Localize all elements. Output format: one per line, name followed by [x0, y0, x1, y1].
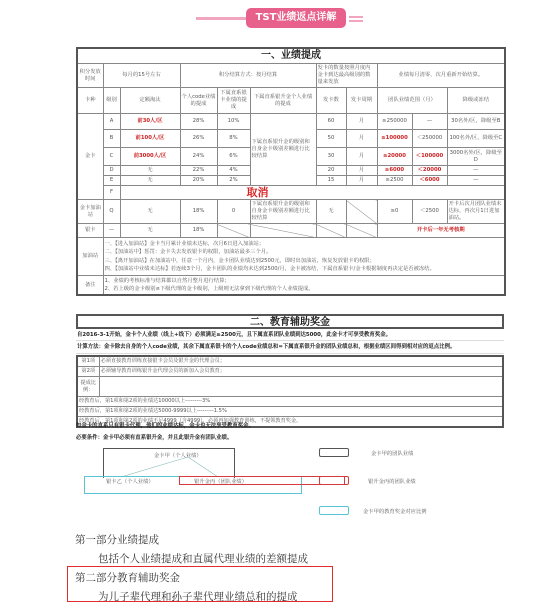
col-header: 定额淘汰	[120, 88, 180, 114]
demote: 30名外/区，降级至B	[447, 114, 505, 130]
range-low: ≥250000	[377, 114, 412, 130]
silver-rate: 10%	[217, 114, 250, 130]
table-row: 经教育后，第1项和第2项的业绩达5000-9999以上---------1.5%	[77, 407, 503, 417]
empty-cell	[99, 377, 503, 397]
quota: 无	[120, 200, 180, 224]
banner-decoration-right	[349, 16, 363, 18]
remarks-row: 备注 1、业绩的考核标准与结算都以自然月整月进行结算； 2、若上级的金卡级别≤下…	[77, 276, 505, 296]
legend-swatch-gold-team	[319, 448, 349, 457]
legend-silver-gold-team: 银升金丙的团队业绩	[368, 477, 416, 485]
note-requirement: 必要条件：金卡甲必须有直系银升金，并且此银升金有团队业绩。	[76, 433, 232, 441]
personal-rate: 26%	[180, 130, 217, 148]
card-cycle: 月	[346, 176, 377, 186]
personal-rate: 20%	[180, 176, 217, 186]
col-header: 个人code业绩的提成	[180, 88, 217, 114]
section1-title: 一、业绩提成	[77, 48, 505, 64]
personal-rate: 24%	[180, 148, 217, 166]
col-header: 降级或冻结	[447, 88, 505, 114]
banner: TST业绩返点详解	[0, 7, 533, 29]
table-row: 第2项 必须辅导教育训练银升金代理会员的新加入会员教育；	[77, 367, 503, 377]
level: F	[103, 186, 120, 200]
section-performance-commission: 一、业绩提成 积分发放时间 每月的15号左右 积分结算方式：按月结算 发卡的数量…	[76, 47, 504, 296]
range-low: ≥0	[377, 200, 412, 224]
range-low: ≥2500	[377, 176, 412, 186]
level: D	[103, 166, 120, 176]
col-header: 下属直系银卡业绩的提成	[217, 88, 250, 114]
header-row: 卡种 级别 定额淘汰 个人code业绩的提成 下属直系银卡业绩的提成 下属直系银…	[77, 88, 505, 114]
table-row: 经教育后，第1项和第2项的业绩达10000以上---------3%	[77, 397, 503, 407]
rule-item: 三、【离开加油站】在加油站中，任意一个月内，金卡团队业绩达到2500元，即时出加…	[105, 257, 504, 266]
calc-method-line: 计算方法：金卡除去自身的个人code业绩，其余下属直系银卡的个人code业绩总和…	[76, 341, 504, 354]
rule-item: 二、【加油站中】惩罚：金卡失去发放银卡的权限，加油站最多三个月。	[105, 248, 504, 257]
empty-cell	[316, 224, 346, 238]
demote: —	[447, 166, 505, 176]
range-low: ≥20000	[377, 148, 412, 166]
card-count: 50	[316, 130, 346, 148]
silver-rate: 2%	[217, 176, 250, 186]
condition-label: 第1项	[77, 356, 99, 367]
table-row: 金卡加油站 Q 无 18% 0 下属直系银升金的级别和自身金卡级别差额进行比较结…	[77, 200, 505, 224]
commission-table: 一、业绩提成 积分发放时间 每月的15号左右 积分结算方式：按月结算 发卡的数量…	[76, 47, 506, 296]
col-header: 级别	[103, 88, 120, 114]
range-high: ＜100000	[412, 148, 447, 166]
table-row: F 取消	[77, 186, 505, 200]
personal-rate: 22%	[180, 166, 217, 176]
settle-method: 积分结算方式：按月结算	[180, 64, 316, 88]
level: E	[103, 176, 120, 186]
card-count-note: 发卡的数量按照月度内金卡到达最高级别的数量来发放	[316, 64, 377, 88]
legend-education-ratio: 金卡甲的教育奖金对应比例	[363, 507, 427, 515]
legend-swatch-education-ratio	[319, 506, 349, 515]
card-count: 无	[316, 200, 346, 224]
level: Q	[103, 200, 120, 224]
range-high: —	[412, 114, 447, 130]
clear-note: 业绩每月清零，次月重新开始结算。	[377, 64, 505, 88]
conditions-table: 第1项 必须直接教育训练直接银卡会员及银升金的代理会员； 第2项 必须辅导教育训…	[76, 355, 504, 428]
time-label: 积分发放时间	[77, 64, 103, 88]
section-education-bonus: 二、教育辅助奖金 自2016-3-1开始，金卡个人业绩（线上+线下）必须满足≥2…	[76, 314, 504, 428]
range-high: ＜2500	[412, 200, 447, 224]
remark-item: 1、业绩的考核标准与结算都以自然月整月进行结算；	[105, 277, 504, 285]
col-header: 发卡数	[316, 88, 346, 114]
card-cycle: 月	[346, 130, 377, 148]
empty-cell	[217, 224, 250, 238]
demote: 开卡后次月团队业绩未达标，再次月1日进加油站。	[447, 200, 505, 224]
silver-note: 开卡后一年无考核期	[377, 224, 505, 238]
card-count: 30	[316, 148, 346, 166]
table-row: 银卡 — 无 18% 开卡后一年无考核期	[77, 224, 505, 238]
quota: 前100人/区	[120, 130, 180, 148]
card-type: 金卡加油站	[77, 200, 103, 224]
banner-decoration-left	[196, 17, 246, 20]
quota: 无	[120, 166, 180, 176]
rule-item: 一、【进入加油站】金卡当月累计业绩未达标，次月6日进入加油站；	[105, 240, 504, 249]
silver-rate: 4%	[217, 166, 250, 176]
time-value: 每月的15号左右	[103, 64, 180, 88]
part1-title: 第一部分业绩提成	[75, 531, 375, 550]
empty-cell	[346, 224, 377, 238]
card-type: 银卡	[77, 224, 103, 238]
card-cycle: 月	[346, 148, 377, 166]
condition-label: 第2项	[77, 367, 99, 377]
gold-card-label: 金卡	[77, 114, 103, 200]
level: —	[103, 224, 120, 238]
section2-title: 二、教育辅助奖金	[76, 314, 504, 329]
empty-cell	[346, 200, 377, 224]
personal-rate: 28%	[180, 114, 217, 130]
ratio-item: 经教育后，第1项和第2项的业绩达10000以上---------3%	[77, 397, 503, 407]
level: B	[103, 130, 120, 148]
range-high: ＜20000	[412, 166, 447, 176]
col-header: 发卡周期	[346, 88, 377, 114]
part2-highlight-box	[67, 566, 333, 602]
ratio-label: 提成比例：	[77, 377, 99, 397]
table-row: 第1项 必须直接教育训练直接银卡会员及银升金的代理会员；	[77, 356, 503, 367]
level: A	[103, 114, 120, 130]
card-count: 15	[316, 176, 346, 186]
range-low: ≥100000	[377, 130, 412, 148]
col-header: 卡种	[77, 88, 103, 114]
cancelled-text: 取消	[133, 186, 269, 199]
condition-text: 必须直接教育训练直接银卡会员及银升金的代理会员；	[99, 356, 503, 367]
quota: 前30人/区	[120, 114, 180, 130]
relationship-diagram: 金卡甲（个人业绩） 银卡乙（个人业绩） 银升金丙（团队业绩） 金卡甲的团队业绩 …	[76, 446, 504, 516]
legend-swatch-silver-gold-team	[319, 476, 349, 485]
personal-rate: 18%	[180, 224, 217, 238]
silver-rate: 8%	[217, 130, 250, 148]
personal-rate: 18%	[180, 200, 217, 224]
demote: —	[447, 176, 505, 186]
empty-cell	[250, 224, 316, 238]
station-rules-row: 加油站 一、【进入加油站】金卡当月累计业绩未达标，次月6日进入加油站； 二、【加…	[77, 238, 505, 276]
remarks: 1、业绩的考核标准与结算都以自然月整月进行结算； 2、若上级的金卡级别≤下级代理…	[103, 276, 505, 296]
remark-item: 2、若上级的金卡级别≤下级代理的金卡级别，上级则无法拿到下级代理的个人业绩提成。	[105, 285, 504, 293]
cancelled-label: 取消	[120, 186, 505, 200]
card-count: 20	[316, 166, 346, 176]
gold-diff-note: 下属直系银升金的级别和自身金卡级别差额进行比较结算	[250, 200, 316, 224]
silver-rate: 6%	[217, 148, 250, 166]
card-cycle: 月	[346, 114, 377, 130]
table-row: 金卡 A 前30人/区 28% 10% 下属直系银升金的级别和自身金卡级别差额进…	[77, 114, 505, 130]
col-header: 下属直系银升金个人业绩的提成	[250, 88, 316, 114]
condition-text: 必须辅导教育训练银升金代理会员的新加入会员教育；	[99, 367, 503, 377]
card-cycle: 月	[346, 166, 377, 176]
banner-title: TST业绩返点详解	[246, 8, 346, 28]
level: C	[103, 148, 120, 166]
range-low: ≥6000	[377, 166, 412, 176]
gold-diff-note: 下属直系银升金的级别和自身金卡级别差额进行比较结算	[250, 114, 316, 186]
table-row: 提成比例：	[77, 377, 503, 397]
station-rules: 一、【进入加油站】金卡当月累计业绩未达标，次月6日进入加油站； 二、【加油站中】…	[103, 238, 505, 276]
quota: 无	[120, 224, 180, 238]
eligibility-line: 自2016-3-1开始，金卡个人业绩（线上+线下）必须满足≥2500元，且下属直…	[76, 329, 504, 341]
range-high: ＜6000	[412, 176, 447, 186]
legend-gold-team: 金卡甲的团队业绩	[371, 449, 413, 457]
ratio-item: 经教育后，第1项和第2项的业绩达5000-9999以上---------1.5%	[77, 407, 503, 417]
col-header: 团队业绩范围（月）	[377, 88, 447, 114]
node-silver-b: 银卡乙（个人业绩）	[106, 477, 154, 485]
remarks-label: 备注	[77, 276, 103, 296]
silver-rate: 0	[217, 200, 250, 224]
note-silver-only: 如金卡的直系只有银卡代理，他们的业绩达标，金卡也无法享受教育奖金。	[76, 421, 254, 429]
rule-item: 四、【加油站中业绩未达标】若连续3个月，金卡团队的业绩均未达到2500/月，金卡…	[105, 265, 504, 274]
demote: 3000名外/区，降级至D	[447, 148, 505, 166]
quota: 前3000人/区	[120, 148, 180, 166]
demote: 100名外/区，降级至C	[447, 130, 505, 148]
node-silver-gold-c: 银升金丙（团队业绩）	[194, 477, 247, 485]
station-rules-label: 加油站	[77, 238, 103, 276]
quota: 无	[120, 176, 180, 186]
range-high: ＜250000	[412, 130, 447, 148]
card-count: 60	[316, 114, 346, 130]
